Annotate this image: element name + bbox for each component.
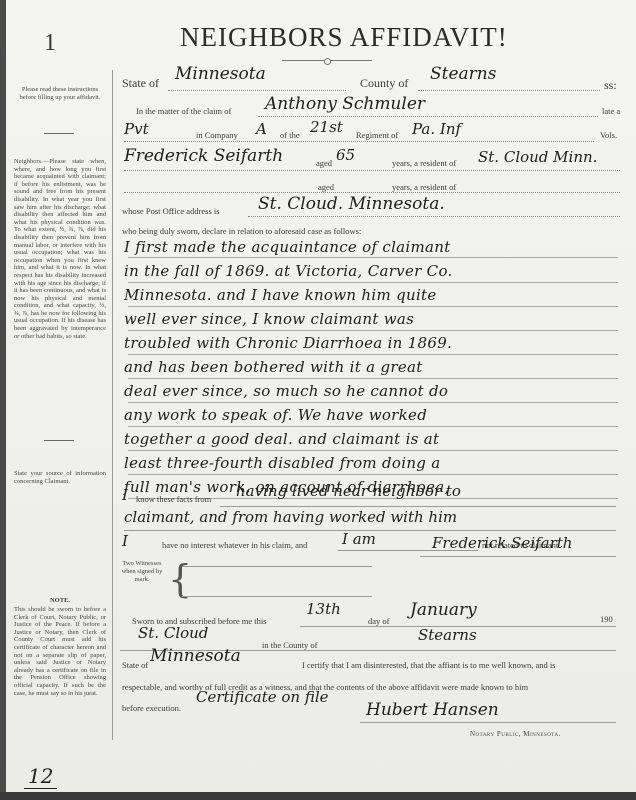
source-label: know these facts from <box>136 494 211 504</box>
post-office-field-line <box>248 216 620 217</box>
late-a-label: late a <box>602 106 620 116</box>
claimant-field-line <box>258 116 598 117</box>
notary-signature[interactable]: Hubert Hansen <box>366 700 499 720</box>
declaration-line[interactable]: in the fall of 1869. at Victoria, Carver… <box>124 262 453 280</box>
notary-signature-line <box>360 722 616 723</box>
day-value[interactable]: 13th <box>306 600 341 618</box>
signature-line <box>420 556 616 557</box>
declaration-line[interactable]: I first made the acquaintance of claiman… <box>124 238 451 256</box>
declaration-line[interactable]: least three-fourth disabled from doing a <box>124 454 441 472</box>
declaration-line[interactable]: deal ever since, so much so he cannot do <box>124 382 448 400</box>
company-label: in Company <box>196 130 238 140</box>
jurat-county-value[interactable]: Stearns <box>418 626 477 644</box>
declaration-line[interactable]: troubled with Chronic Diarrhoea in 1869. <box>124 334 452 352</box>
declaration-line[interactable]: Minnesota. and I have known him quite <box>124 286 437 304</box>
regiment-value[interactable]: Pa. Inf <box>412 120 461 138</box>
jurat-city[interactable]: St. Cloud <box>138 624 208 642</box>
source-line-2[interactable]: claimant, and from having worked with hi… <box>124 508 457 526</box>
affiant-name[interactable]: Frederick Seifarth <box>124 146 283 166</box>
affiant-age[interactable]: 65 <box>336 146 355 164</box>
corner-mark: 1 <box>44 30 56 57</box>
state-label: State of <box>122 76 159 91</box>
sidebar-separator <box>44 133 74 134</box>
notary-label: Notary Public, Minnesota. <box>470 730 561 738</box>
scan-edge-bottom <box>0 792 636 800</box>
declaration-line[interactable]: well ever since, I know claimant was <box>124 310 414 328</box>
instructions-note: Please read these instructions before fi… <box>14 86 106 101</box>
resident-label: years, a resident of <box>392 158 456 168</box>
of-the-label: of the <box>280 130 300 140</box>
title-ornament-divider <box>282 60 372 61</box>
resident-label-2: years, a resident of <box>392 182 456 192</box>
post-office-value[interactable]: St. Cloud. Minnesota. <box>258 194 445 214</box>
jurat-state-label: State of <box>122 660 148 670</box>
interest-label: have no interest whatever in his claim, … <box>162 540 307 550</box>
jurat-county-label: in the County of <box>262 640 317 650</box>
affiant-residence[interactable]: St. Cloud Minn. <box>478 148 597 166</box>
declaration-line[interactable]: together a good deal. and claimant is at <box>124 430 439 448</box>
regiment-number[interactable]: 21st <box>310 118 343 136</box>
witness-line-2[interactable] <box>182 596 372 597</box>
declaration-line[interactable]: any work to speak of. We have worked <box>124 406 427 424</box>
vols-label: Vols. <box>600 130 617 140</box>
regiment-field-line <box>124 141 594 142</box>
certify-text-3: before execution. <box>122 703 181 713</box>
affiant-signature[interactable]: Frederick Seifarth <box>432 534 572 552</box>
aged-label-2: aged <box>318 182 334 192</box>
affiant-2-field-line <box>124 192 620 193</box>
ss-label: ss: <box>604 78 617 93</box>
note-heading: NOTE. <box>14 597 106 605</box>
company-value[interactable]: A <box>256 120 267 138</box>
interest-pronoun[interactable]: I <box>122 532 128 550</box>
day-of-label: day of <box>368 616 389 626</box>
witness-line-1[interactable] <box>182 566 372 567</box>
sidebar-divider <box>112 70 113 740</box>
jurat-state-value[interactable]: Minnesota <box>150 646 241 666</box>
claimant-name[interactable]: Anthony Schmuler <box>265 94 425 114</box>
aged-label: aged <box>316 158 332 168</box>
county-value[interactable]: Stearns <box>430 64 496 84</box>
source-line-1[interactable]: having lived near neighbor to <box>236 482 461 500</box>
note-text: This should be sworn to before a Clerk o… <box>14 606 106 697</box>
source-pronoun[interactable]: I <box>122 486 128 504</box>
interest-value[interactable]: I am <box>342 530 376 548</box>
post-office-label: whose Post Office address is <box>122 206 220 216</box>
declaration-line[interactable]: and has been bothered with it a great <box>124 358 423 376</box>
sidebar-separator <box>44 440 74 441</box>
rank-value[interactable]: Pvt <box>124 120 149 138</box>
county-field-line <box>418 90 600 91</box>
neighbors-note: Neighbors.—Please state when, where, and… <box>14 158 106 340</box>
state-field-line <box>168 90 346 91</box>
year-value[interactable]: 190 <box>600 614 613 624</box>
state-value[interactable]: Minnesota <box>175 64 266 84</box>
page-title: NEIGHBORS AFFIDAVIT! <box>180 22 508 53</box>
page-number: 12 <box>24 764 57 789</box>
certificate-note: Certificate on file <box>196 688 329 706</box>
certify-text: I certify that I am disinterested, that … <box>302 660 556 670</box>
county-label: County of <box>360 76 408 91</box>
witnesses-label: Two Witnesses when signed by mark. <box>116 560 168 600</box>
affiant-field-line <box>124 170 620 171</box>
month-value[interactable]: January <box>410 600 477 620</box>
regiment-label: Regiment of <box>356 130 398 140</box>
source-note: State your source of information concern… <box>14 470 106 485</box>
source-field-line <box>220 506 616 507</box>
claim-label: In the matter of the claim of <box>136 106 231 116</box>
